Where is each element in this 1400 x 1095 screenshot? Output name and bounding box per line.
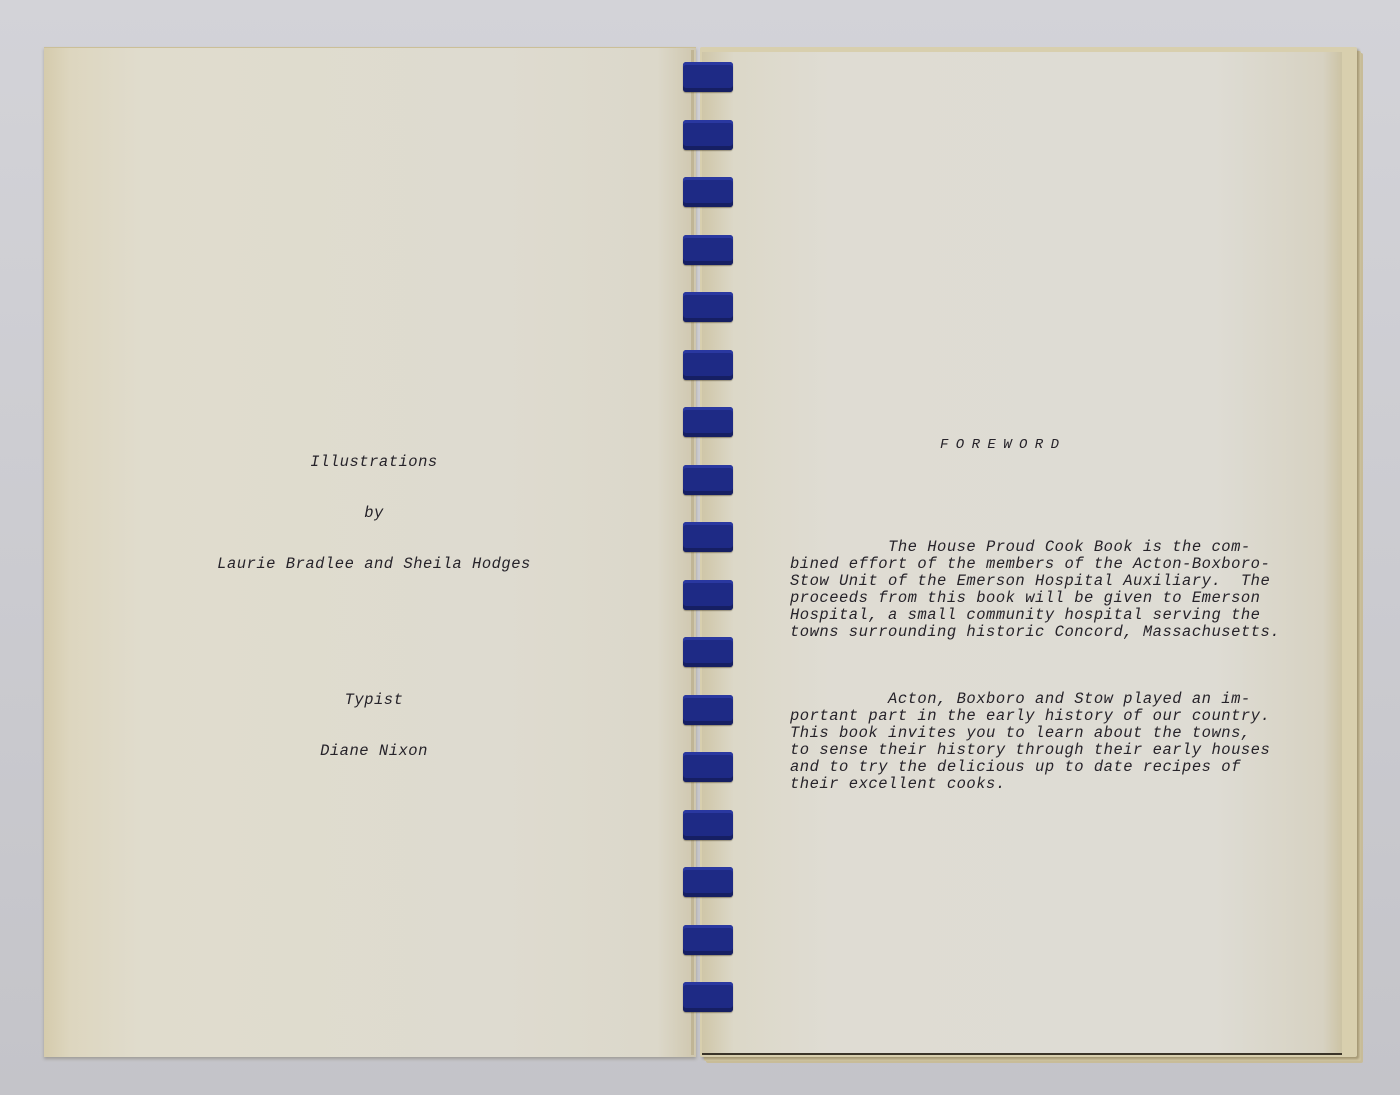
spiral-coil-loop <box>683 292 733 322</box>
illustrators-names: Laurie Bradlee and Sheila Hodges <box>214 556 534 573</box>
spiral-coil-loop <box>683 695 733 725</box>
foreword-paragraph-1: The House Proud Cook Book is the com- bi… <box>790 539 1280 641</box>
spiral-coil-loop <box>683 752 733 782</box>
spiral-coil-loop <box>683 350 733 380</box>
spiral-coil-loop <box>683 465 733 495</box>
foreword-paragraph-2: Acton, Boxboro and Stow played an im- po… <box>790 691 1280 793</box>
spiral-coil-loop <box>683 810 733 840</box>
typist-name: Diane Nixon <box>214 743 534 760</box>
spiral-coil-loop <box>683 580 733 610</box>
spiral-coil-loop <box>683 982 733 1012</box>
foreword-title: FOREWORD <box>940 437 1066 453</box>
spiral-coil-loop <box>683 407 733 437</box>
spiral-coil-loop <box>683 522 733 552</box>
spiral-coil-loop <box>683 925 733 955</box>
illustrations-by: by <box>214 505 534 522</box>
spiral-coil-loop <box>683 235 733 265</box>
foreword-body: The House Proud Cook Book is the com- bi… <box>790 505 1280 843</box>
illustrations-heading: Illustrations <box>214 454 534 471</box>
credits-block: Illustrations by Laurie Bradlee and Shei… <box>214 420 534 794</box>
left-page: Illustrations by Laurie Bradlee and Shei… <box>44 47 696 1057</box>
typist-heading: Typist <box>214 692 534 709</box>
right-page: FOREWORD The House Proud Cook Book is th… <box>702 52 1342 1055</box>
spiral-coil-loop <box>683 177 733 207</box>
spiral-coil-loop <box>683 120 733 150</box>
spiral-binding <box>680 62 740 1052</box>
spiral-coil-loop <box>683 867 733 897</box>
spiral-coil-loop <box>683 637 733 667</box>
spiral-coil-loop <box>683 62 733 92</box>
